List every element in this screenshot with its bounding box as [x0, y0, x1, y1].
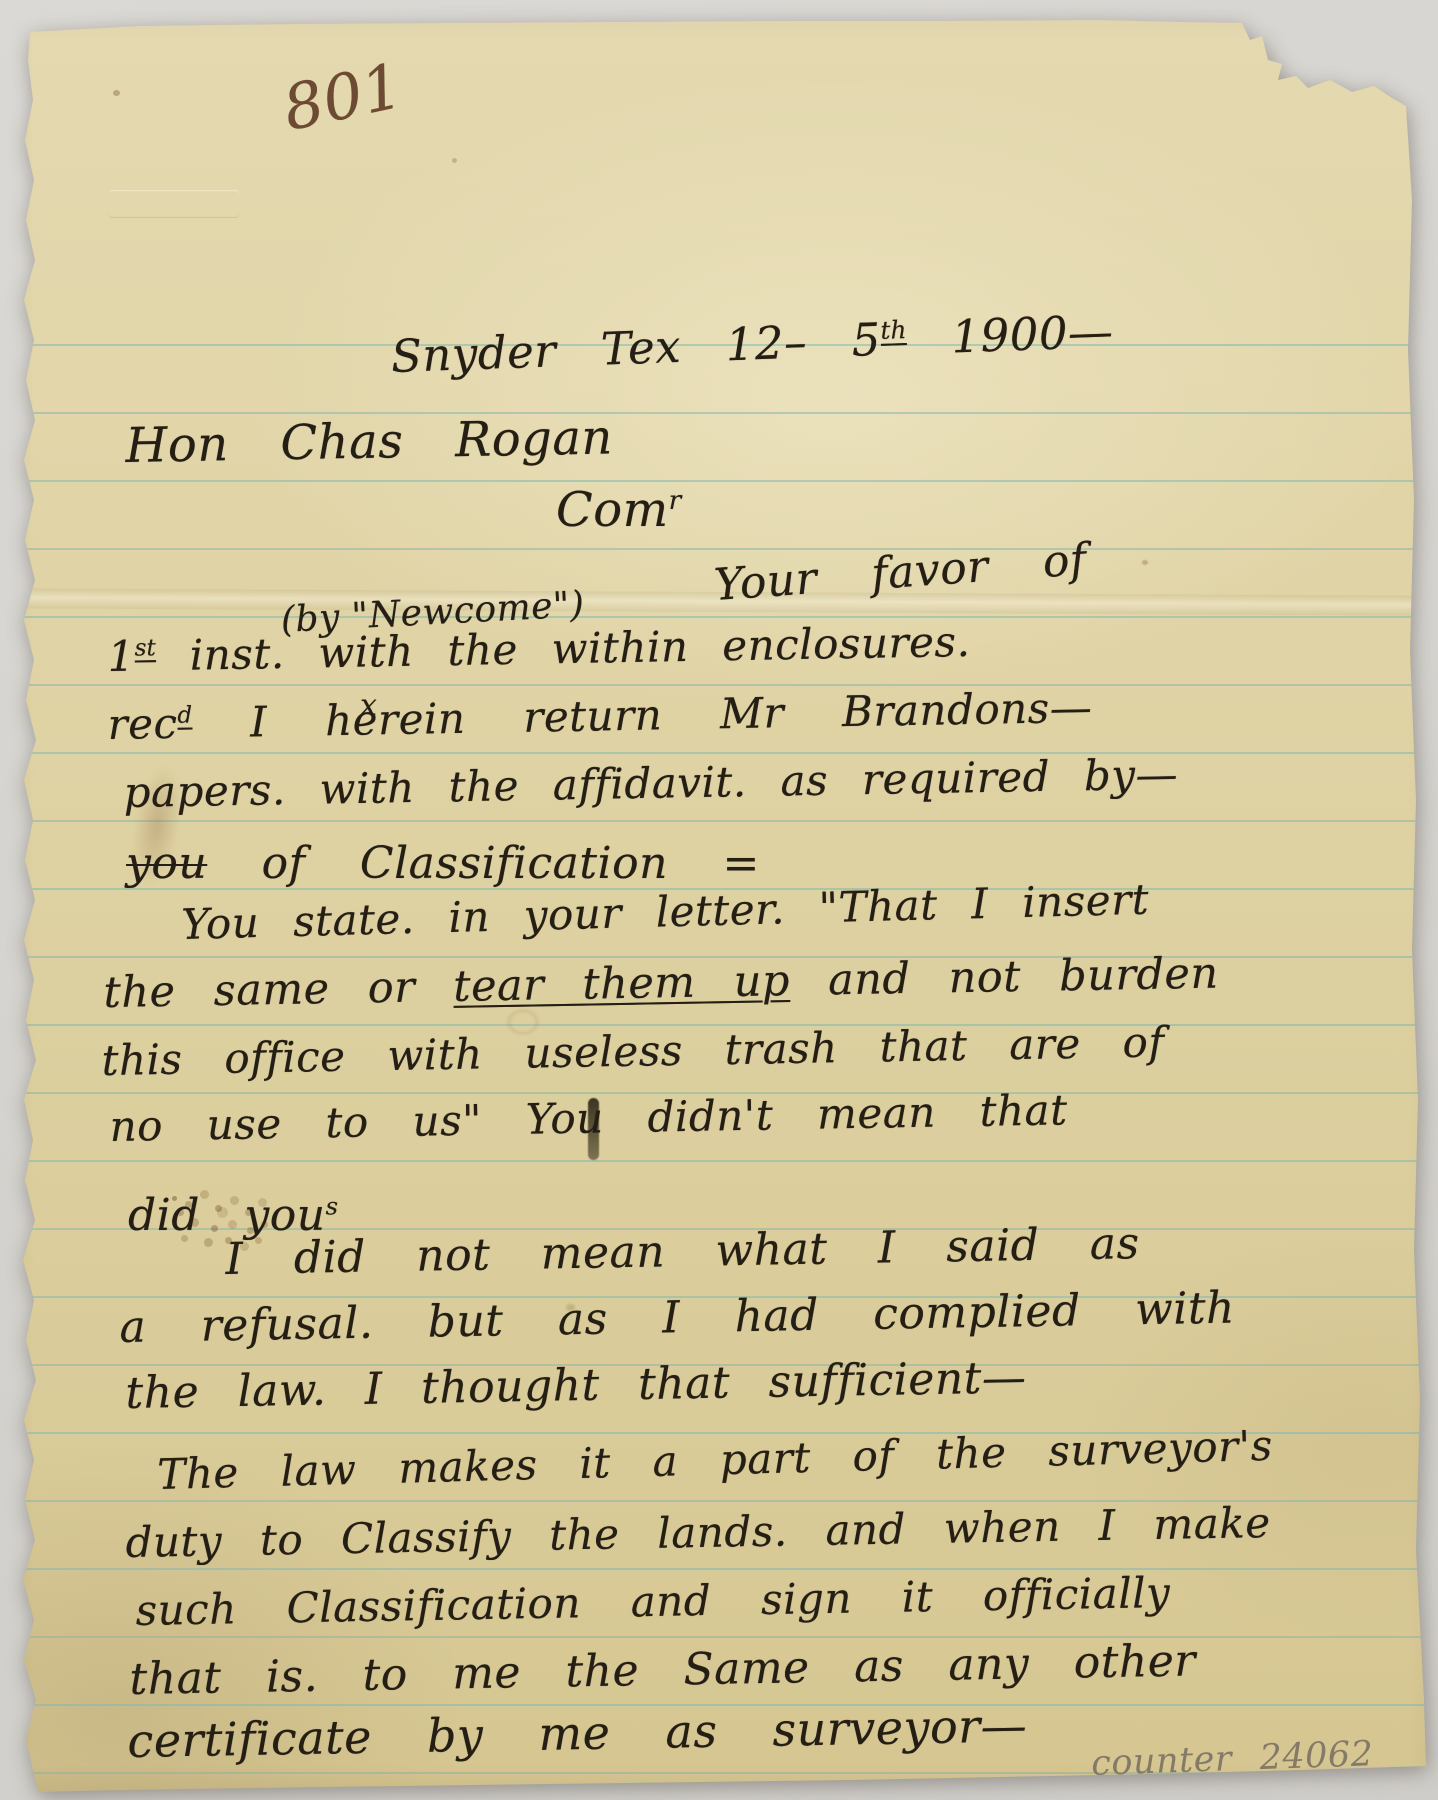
counter-annotation: counter 24062: [1091, 1734, 1374, 1784]
salutation-superscript: r: [669, 485, 682, 516]
stain-fleck: [1142, 560, 1148, 565]
body-line-1-superscript: st: [134, 635, 156, 661]
body-line-15: such Classification and sign it official…: [135, 1568, 1171, 1635]
dateline-text: Snyder Tex 12– 5: [390, 313, 882, 383]
body-line-10: I did not mean what I said as: [225, 1218, 1140, 1285]
stain-fleck: [452, 158, 457, 163]
body-line-12: the law. I thought that sufficient—: [125, 1352, 1027, 1419]
addressee: Hon Chas Rogan: [125, 410, 613, 474]
body-line-2-text: rec: [107, 699, 178, 749]
body-line-4-text: of Classification =: [207, 838, 760, 889]
body-line-14: duty to Classify the lands. and when I m…: [125, 1498, 1271, 1567]
body-line-1-text: inst. with the within enclosures.: [156, 617, 971, 680]
body-line-9-superscript: s: [326, 1192, 338, 1220]
body-line-11: a refusal. but as I had complied with: [119, 1283, 1235, 1353]
body-line-4: you of Classification =: [126, 838, 760, 889]
page-number: 801: [277, 49, 409, 145]
dateline: Snyder Tex 12– 5th 1900—: [390, 305, 1114, 383]
body-line-7: this office with useless trash that are …: [101, 1017, 1165, 1085]
body-line-17: certificate by me as surveyor—: [127, 1698, 1028, 1768]
salutation-text: Com: [556, 482, 669, 538]
opening-phrase: Your favor of: [712, 534, 1088, 611]
scanned-letter-stage: 801 Snyder Tex 12– 5th 1900— Hon Chas Ro…: [0, 0, 1438, 1800]
body-line-13: The law makes it a part of the surveyor'…: [157, 1421, 1274, 1499]
embossed-stamp: [108, 190, 240, 218]
stain-fleck: [113, 90, 120, 96]
body-line-6-text: and not burden: [789, 949, 1218, 1006]
dateline-superscript: th: [880, 315, 907, 345]
body-line-8: no use to us" You didn't mean that: [109, 1085, 1068, 1151]
body-line-6-text: the same or: [103, 962, 454, 1018]
letter-paper: 801 Snyder Tex 12– 5th 1900— Hon Chas Ro…: [0, 0, 1438, 1800]
body-line-2: recd I herein return Mr Brandons—: [107, 683, 1093, 749]
dateline-text: 1900—: [906, 305, 1115, 365]
body-line-6: the same or tear them up and not burden: [103, 949, 1219, 1018]
body-line-16: that is. to me the Same as any other: [129, 1635, 1196, 1705]
body-line-2-text: I herein return Mr Brandons—: [192, 683, 1093, 748]
body-line-1-text: 1: [107, 632, 135, 681]
body-line-4-struck-word: you: [126, 838, 207, 889]
body-line-6-underlined: tear them up: [453, 956, 790, 1012]
paper-shadow: 801 Snyder Tex 12– 5th 1900— Hon Chas Ro…: [0, 0, 1438, 1800]
body-line-2-superscript: d: [177, 703, 192, 729]
salutation: Comr: [556, 482, 681, 538]
body-line-1: 1st inst. with the within enclosures.: [107, 617, 971, 681]
body-line-3: papers. with the affidavit. as required …: [123, 750, 1178, 817]
